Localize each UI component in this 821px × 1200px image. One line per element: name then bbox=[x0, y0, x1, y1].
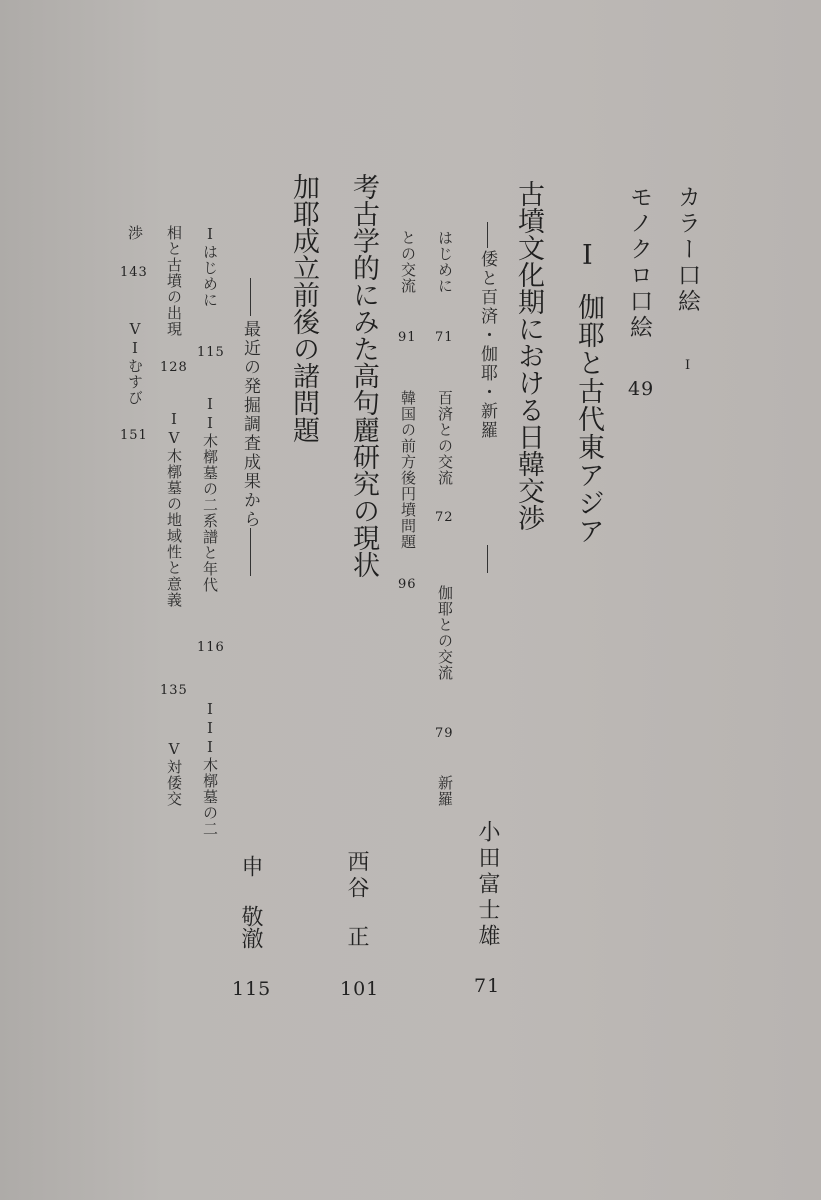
section-title: II木槨墓の二系譜と年代 bbox=[202, 395, 217, 593]
section-title-cont: との交流 bbox=[400, 230, 415, 294]
section-title: Iはじめに bbox=[202, 225, 217, 308]
section-page: 115 bbox=[197, 345, 225, 360]
section-title: 新羅 bbox=[437, 775, 452, 807]
section-page: 116 bbox=[197, 640, 225, 655]
section-title: 百済との交流 bbox=[437, 390, 452, 486]
section-title: 伽耶との交流 bbox=[437, 585, 452, 681]
section-page: 72 bbox=[435, 510, 454, 525]
section-page: 128 bbox=[160, 360, 188, 375]
em-dash-open bbox=[250, 278, 251, 316]
chapter-title: 古墳文化期における日韓交渉 bbox=[515, 180, 542, 531]
chapter-title: 加耶成立前後の諸問題 bbox=[290, 173, 317, 443]
author-given-name: 正 bbox=[345, 925, 367, 951]
section-page: 143 bbox=[120, 265, 148, 280]
part-numeral: I bbox=[582, 240, 593, 271]
chapter-title: 考古学的にみた高句麗研究の現状 bbox=[350, 173, 377, 578]
entry-title: モノクロ口絵 bbox=[627, 185, 650, 341]
author-given-name: 敬澈 bbox=[239, 905, 261, 949]
section-title-cont: 渉 bbox=[127, 225, 142, 241]
chapter-subtitle: 倭と百済・伽耶・新羅 bbox=[478, 250, 495, 440]
section-page: 79 bbox=[435, 726, 454, 741]
part-title: 伽耶と古代東アジア bbox=[575, 293, 602, 545]
page-number: 49 bbox=[628, 378, 654, 400]
section-title-cont: 相と古墳の出現 bbox=[166, 225, 181, 337]
chapter-page: 101 bbox=[340, 978, 379, 1000]
em-dash-close bbox=[250, 528, 251, 576]
section-page: 91 bbox=[398, 330, 417, 345]
section-title: III木槨墓の二 bbox=[202, 700, 217, 837]
section-title: VIむすび bbox=[127, 320, 142, 406]
section-title: IV木槨墓の地域性と意義 bbox=[166, 410, 181, 608]
chapter-author: 小田富士雄 bbox=[476, 820, 498, 950]
section-page: 96 bbox=[398, 577, 417, 592]
author-family-name: 西谷 bbox=[345, 850, 367, 902]
section-page: 151 bbox=[120, 428, 148, 443]
chapter-subtitle: 最近の発掘調査成果から bbox=[241, 320, 258, 529]
author-family-name: 申 bbox=[239, 855, 261, 881]
em-dash-open bbox=[487, 222, 488, 248]
chapter-page: 115 bbox=[232, 978, 271, 1000]
section-page: 135 bbox=[160, 683, 188, 698]
chapter-page: 71 bbox=[474, 975, 500, 997]
section-page: 71 bbox=[435, 330, 454, 345]
em-dash-close bbox=[487, 545, 488, 573]
section-title: V対倭交 bbox=[166, 740, 181, 807]
entry-title: カラー口絵 bbox=[675, 185, 698, 315]
section-title: 韓国の前方後円墳問題 bbox=[400, 390, 415, 550]
page-number: I bbox=[685, 358, 691, 373]
section-title: はじめに bbox=[437, 230, 452, 294]
